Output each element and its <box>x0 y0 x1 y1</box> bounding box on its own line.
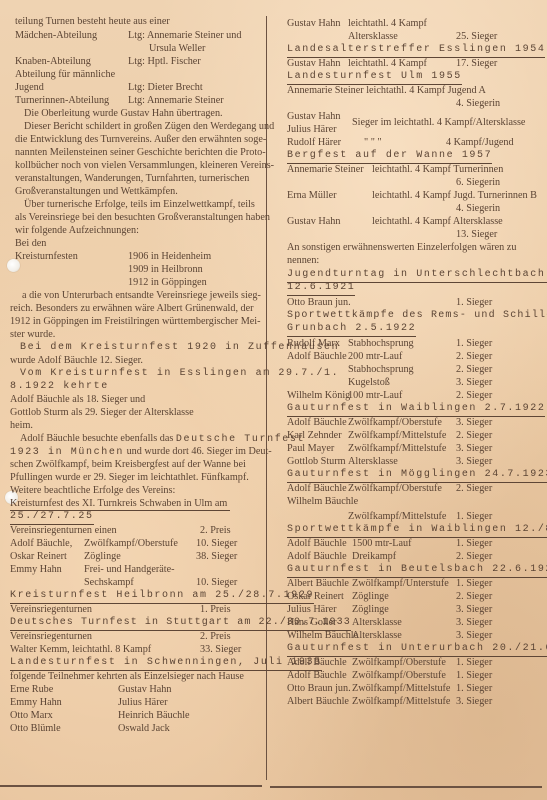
result-name: Emmy Hahn <box>10 563 62 576</box>
result-place: 2. Preis <box>200 524 231 537</box>
result-discipline: 1500 mtr-Lauf <box>352 537 412 550</box>
result-name: Adolf Bäuchle <box>287 550 347 563</box>
result-name: Adolf Bäuchle <box>287 482 347 495</box>
result-name: Adolf Bäuchle <box>287 669 347 682</box>
result-place: 13. Sieger <box>456 228 497 241</box>
winner-name: Erne Rube <box>10 683 53 696</box>
department-lead: Ursula Weller <box>149 42 205 55</box>
result-place: 10. Sieger <box>196 576 237 589</box>
event-heading: Grunbach 2.5.1922 <box>287 322 416 337</box>
result-name: Adolf Bäuchle <box>287 656 347 669</box>
department-lead: Ltg: Annemarie Steiner und <box>128 29 241 42</box>
department-name: Abteilung für männliche <box>15 68 115 81</box>
result-place: 1. Sieger <box>456 537 492 550</box>
result-name: Julius Härer <box>287 123 337 136</box>
result-discipline: Zwölfkampf/Oberstufe <box>84 537 178 550</box>
paragraph-line: wir folgende Aufzeichnungen: <box>15 224 139 237</box>
list-item: 1906 in Heidenheim <box>128 250 211 263</box>
result-discipline: Sieger im leichtathl. 4 Kampf/Altersklas… <box>352 116 525 129</box>
result-place: 1. Sieger <box>456 682 492 695</box>
result-name: Otto Braun jun. <box>287 682 351 695</box>
paragraph-line: Kreisturnfesten <box>15 250 78 263</box>
result-name: Albert Bäuchle <box>287 577 349 590</box>
paragraph-line: schen Zwölfkampf, beim Kreisbergfest auf… <box>10 458 246 471</box>
paragraph-line: Bei den <box>15 237 46 250</box>
paragraph-line: 8.1922 kehrte <box>10 380 109 393</box>
event-heading: Landesturnfest in Schwenningen, Juli 193… <box>10 656 322 671</box>
result-place: 1. Sieger <box>456 296 492 309</box>
paragraph-line: An sonstigen erwähnenswerten Einzelerfol… <box>287 241 516 254</box>
result-discipline: Stabhochsprung <box>348 363 414 376</box>
result-discipline: Altersklasse <box>352 616 402 629</box>
list-item: 1912 in Göppingen <box>128 276 207 289</box>
result-name: Gustav Hahn <box>287 57 340 70</box>
result-discipline: Kugelstoß <box>348 376 390 389</box>
paragraph-line: Vom Kreisturnfest in Esslingen am 29.7./… <box>20 367 339 380</box>
result-name: Albert Bäuchle <box>287 695 349 708</box>
result-discipline: Altersklasse <box>348 30 398 43</box>
result-place: 1. Sieger <box>456 577 492 590</box>
result-place: 1. Sieger <box>456 669 492 682</box>
result-name: Wilhelm König <box>287 389 350 402</box>
paragraph-line: veranstaltungen, Wanderungen, Turnfahrte… <box>15 172 249 185</box>
result-name: Walter Kemm, leichtathl. 8 Kampf <box>10 643 151 656</box>
event-heading: Sportwettkämpfe des Rems- und Schillerga… <box>287 309 547 322</box>
result-discipline: leichtathl. 4 Kampf Jugd. Turnerinnen B <box>372 189 537 202</box>
result-name: Rudolf Härer <box>287 136 341 149</box>
department-lead: Ltg: Annemarie Steiner <box>128 94 224 107</box>
result-place: 2. Sieger <box>456 429 492 442</box>
winner-name: Gustav Hahn <box>118 683 171 696</box>
result-place: 4. Siegerin <box>456 97 500 110</box>
result-discipline: Zwölfkampf/Mittelstufe <box>348 442 446 455</box>
department-lead: Ltg: Dieter Brecht <box>128 81 203 94</box>
event-heading: Gauturnfest in Unterurbach 20./21.6.1925 <box>287 642 547 657</box>
winner-name: Heinrich Bäuchle <box>118 709 190 722</box>
result-place: 1. Preis <box>200 603 231 616</box>
result-place: 1. Sieger <box>456 510 492 523</box>
department-name: Turnerinnen-Abteilung <box>15 94 109 107</box>
department-name: Mädchen-Abteilung <box>15 29 97 42</box>
result-name: Julius Härer <box>287 603 337 616</box>
result-place: 17. Sieger <box>456 57 497 70</box>
result-discipline: Stabhochsprung <box>348 337 414 350</box>
result-name: Wilhelm Bäuchle <box>287 629 358 642</box>
event-note: folgende Teilnehmer kehrten als Einzelsi… <box>10 670 244 683</box>
result-place: 38. Sieger <box>196 550 237 563</box>
result-place: 10. Sieger <box>196 537 237 550</box>
result-discipline: Altersklasse <box>348 455 398 468</box>
paragraph-text: und wurde dort 46. Sieger im Deut- <box>127 446 272 457</box>
result-discipline: Zwölfkampf/Mittelstufe <box>352 695 450 708</box>
list-item: 1909 in Heilbronn <box>128 263 203 276</box>
paragraph-line: die Entwicklung des Turnvereins. Außer d… <box>15 133 266 146</box>
bottom-rule-left <box>0 785 262 787</box>
result-name: Gustav Hahn <box>287 17 340 30</box>
result-discipline: Zwölfkampf/Oberstufe <box>348 416 442 429</box>
event-heading: Gauturnfest in Waiblingen 2.7.1922 <box>287 402 545 417</box>
ditto-marks: " " " <box>364 136 382 149</box>
paragraph-line: 1912 in Göppingen im Freistilringen würt… <box>10 315 261 328</box>
result-name: Adolf Bäuchle, <box>10 537 72 550</box>
result-name: Erna Müller <box>287 189 337 202</box>
result-discipline: Sechskampf <box>84 576 134 589</box>
result-name: Oskar Reinert <box>10 550 67 563</box>
winner-name: Emmy Hahn <box>10 696 62 709</box>
paragraph-line: Dieser Bericht schildert in großen Zügen… <box>24 120 274 133</box>
event-heading: 25./27.7.25 <box>10 510 94 525</box>
result-place: 3. Sieger <box>456 603 492 616</box>
event-heading: 12.6.1921 <box>287 281 355 296</box>
paragraph-line: ster wurde. <box>10 328 55 341</box>
result-discipline: leichtathl. 4 Kampf <box>348 57 427 70</box>
result-discipline: Frei- und Handgeräte- <box>84 563 175 576</box>
spaced-text: Deutsche Turnfest <box>176 434 305 445</box>
paragraph-line: Adolf Bäuchle besuchte ebenfalls das Deu… <box>20 432 305 446</box>
result-place: 2. Sieger <box>456 389 492 402</box>
result-name: Oskar Reinert <box>287 590 344 603</box>
result-place: 2. Sieger <box>456 590 492 603</box>
result-place: 2. Sieger <box>456 350 492 363</box>
result-discipline: Zwölfkampf/Unterstufe <box>352 577 449 590</box>
result-name: Vereinsriegenturnen einen <box>10 524 117 537</box>
result-name: Hans Goller <box>287 616 337 629</box>
winner-name: Otto Blümle <box>10 722 61 735</box>
paragraph-line: wurde Adolf Bäuchle 12. Sieger. <box>10 354 143 367</box>
paragraph-line: Großveranstaltungen und Wettkämpfen. <box>15 185 178 198</box>
department-lead: Ltg: Hptl. Fischer <box>128 55 201 68</box>
paragraph-text: Adolf Bäuchle besuchte ebenfalls das <box>20 433 173 444</box>
result-name: Otto Braun jun. <box>287 296 351 309</box>
result-discipline: leichtathl. 4 Kampf Turnerinnen <box>372 163 503 176</box>
result-discipline: Zwölfkampf/Mittelstufe <box>348 429 446 442</box>
bottom-rule-right <box>270 786 542 788</box>
result-place: 3. Sieger <box>456 616 492 629</box>
result-name: Adolf Bäuchle <box>287 416 347 429</box>
paragraph-line: Die Oberleitung wurde Gustav Hahn übertr… <box>24 107 223 120</box>
result-name: Adolf Bäuchle <box>287 350 347 363</box>
paragraph-line: a die von Unterurbach entsandte Vereinsr… <box>22 289 261 302</box>
result-name: Vereinsriegenturnen <box>10 603 92 616</box>
result-place: 3. Sieger <box>456 376 492 389</box>
event-heading: Sportwettkämpfe in Waiblingen 12./8.1923 <box>287 523 547 538</box>
department-name: Jugend <box>15 81 44 94</box>
paragraph-line: nannten Meilensteinen seiner Geschichte … <box>15 146 266 159</box>
result-place: 6. Siegerin <box>456 176 500 189</box>
result-place: 1. Sieger <box>456 656 492 669</box>
paragraph-line: reich. Besonders zu erwähnen wäre Albert… <box>10 302 254 315</box>
result-name: Wilhelm Bäuchle <box>287 495 358 508</box>
result-discipline: leichtathl. 4 Kampf <box>348 17 427 30</box>
intro-line: teilung Turnen besteht heute aus einer <box>15 15 170 28</box>
paragraph-line: Weitere beachtliche Erfolge des Vereins: <box>10 484 175 497</box>
result-place: 3. Sieger <box>456 416 492 429</box>
result-name: Adolf Bäuchle <box>287 537 347 550</box>
paragraph-line: Pfullingen wurde er 29. Sieger im leicht… <box>10 471 249 484</box>
event-heading: Kreisturnfest Heilbronn am 25./28.7.1929 <box>10 589 314 604</box>
result-discipline: Zwölfkampf/Oberstufe <box>352 669 446 682</box>
result-place: 33. Sieger <box>200 643 241 656</box>
result-place: 2. Preis <box>200 630 231 643</box>
result-name: Paul Mayer <box>287 442 334 455</box>
winner-name: Julius Härer <box>118 696 168 709</box>
result-discipline: Zwölfkampf/Mittelstufe <box>348 510 446 523</box>
result-line: Annemarie Steiner leichtathl. 4 Kampf Ju… <box>287 84 486 97</box>
result-place: 3. Sieger <box>456 442 492 455</box>
result-discipline: Zöglinge <box>84 550 121 563</box>
result-discipline: 4 Kampf/Jugend <box>446 136 514 149</box>
result-discipline: leichtathl. 4 Kampf Altersklasse <box>372 215 503 228</box>
event-heading: Gauturnfest in Mögglingen 24.7.1923 <box>287 468 547 483</box>
result-name: Gustav Hahn <box>287 110 340 123</box>
event-heading: Gauturnfest in Beutelsbach 22.6.1924 <box>287 563 547 578</box>
winner-name: Otto Marx <box>10 709 53 722</box>
paragraph-line: 1923 in München und wurde dort 46. Siege… <box>10 445 272 459</box>
result-discipline: 100 mtr-Lauf <box>348 389 402 402</box>
result-name: Vereinsriegenturnen <box>10 630 92 643</box>
result-place: 2. Sieger <box>456 550 492 563</box>
result-name: Karl Zehnder <box>287 429 342 442</box>
spaced-text: 1923 in München <box>10 447 124 458</box>
paragraph-line: Über turnerische Erfolge, teils im Einze… <box>24 198 255 211</box>
result-name: Annemarie Steiner <box>287 163 364 176</box>
result-name: Gottlob Sturm <box>287 455 346 468</box>
paragraph-line: als Vereinsriege bei den besuchten Großv… <box>15 211 270 224</box>
event-heading: Landesturnfest Ulm 1955 <box>287 70 462 85</box>
result-place: 2. Sieger <box>456 363 492 376</box>
result-discipline: Zöglinge <box>352 603 389 616</box>
paragraph-line: Adolf Bäuchle als 18. Sieger und <box>10 393 145 406</box>
result-discipline: Zwölfkampf/Oberstufe <box>348 482 442 495</box>
department-name: Knaben-Abteilung <box>15 55 91 68</box>
result-place: 3. Sieger <box>456 629 492 642</box>
result-discipline: Altersklasse <box>352 629 402 642</box>
result-discipline: Dreikampf <box>352 550 396 563</box>
document-page: teilung Turnen besteht heute aus einer M… <box>0 0 547 800</box>
winner-name: Oswald Jack <box>118 722 170 735</box>
event-heading: Landesalterstreffer Esslingen 1954 <box>287 43 545 58</box>
result-name: Rudolf Marx <box>287 337 340 350</box>
result-place: 3. Sieger <box>456 695 492 708</box>
paragraph-line: nennen: <box>287 254 319 267</box>
paragraph-line: Gottlob Sturm als 29. Sieger der Altersk… <box>10 406 194 419</box>
result-place: 1. Sieger <box>456 337 492 350</box>
result-place: 3. Sieger <box>456 455 492 468</box>
result-discipline: Zwölfkampf/Mittelstufe <box>352 682 450 695</box>
paragraph-line: kollbücher noch von vielen Versammlungen… <box>15 159 274 172</box>
paragraph-line: heim. <box>10 419 33 432</box>
result-discipline: 200 mtr-Lauf <box>348 350 402 363</box>
event-heading: Kreisturnfest des XI. Turnkreis Schwaben… <box>10 497 230 511</box>
result-discipline: Zöglinge <box>352 590 389 603</box>
result-place: 4. Siegerin <box>456 202 500 215</box>
event-heading: Bergfest auf der Wanne 1957 <box>287 149 492 164</box>
result-place: 2. Sieger <box>456 482 492 495</box>
result-name: Gustav Hahn <box>287 215 340 228</box>
result-place: 25. Sieger <box>456 30 497 43</box>
result-discipline: Zwölfkampf/Oberstufe <box>352 656 446 669</box>
